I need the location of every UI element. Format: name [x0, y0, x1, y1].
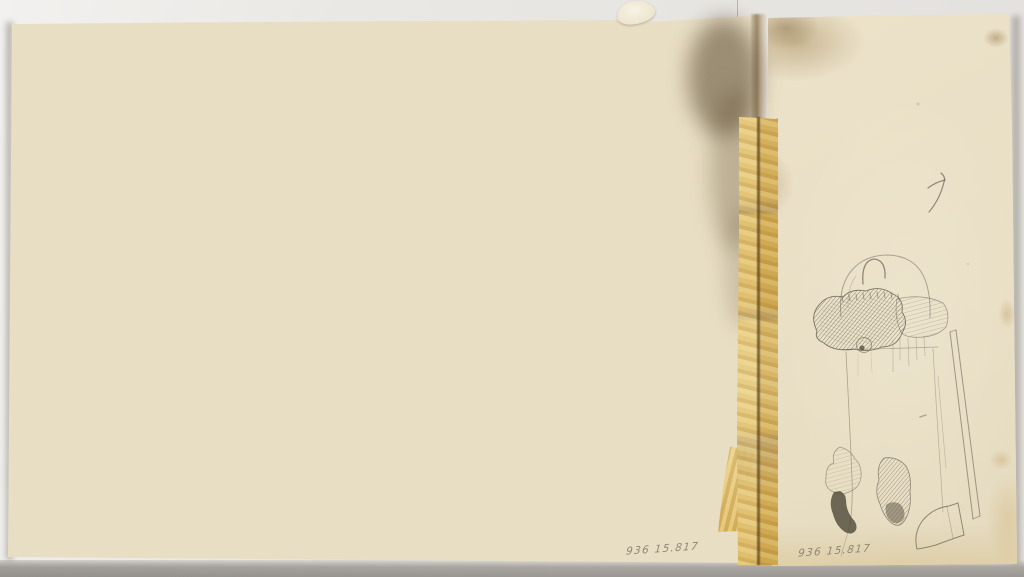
- left-paper-sheet: [8, 14, 762, 563]
- sheet-gap-shadow: [751, 14, 766, 121]
- tape-seam-line: [757, 117, 760, 565]
- backdrop-seam-line: [737, 0, 738, 18]
- right-paper-sheet: [768, 14, 1017, 567]
- photo-of-taped-drawing-verso: 936 15.817 936 15.817: [0, 0, 1024, 577]
